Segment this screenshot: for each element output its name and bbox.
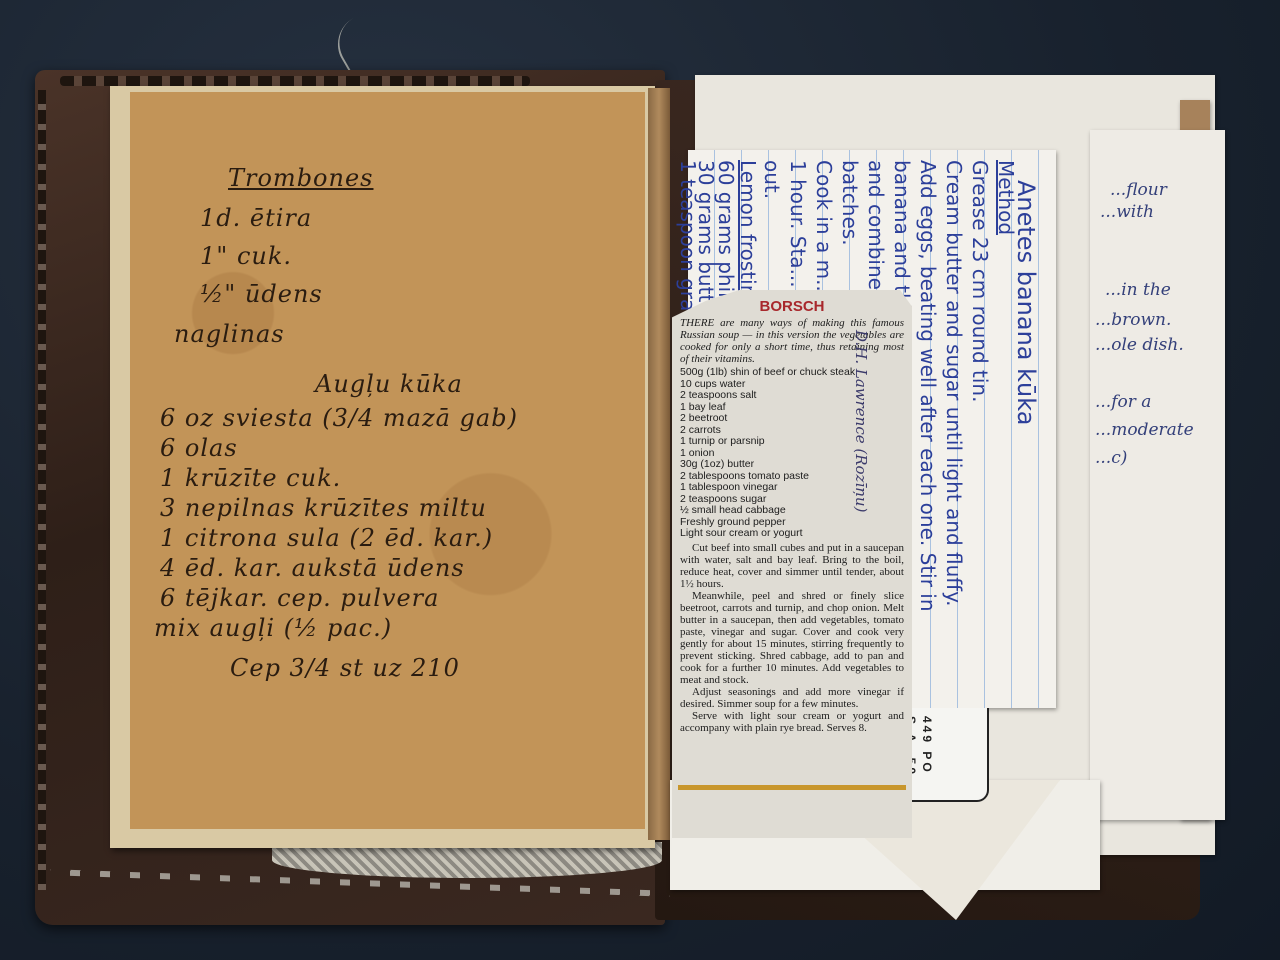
handwriting-fragment: ...with — [1100, 202, 1154, 222]
ingredient: 2 beetroot — [680, 413, 904, 425]
recipe-line: 1 citrona sula (2 ēd. kar.) — [160, 524, 493, 552]
recipe-line: 6 tējkar. cep. pulvera — [160, 584, 439, 612]
borsch-title: BORSCH — [672, 298, 912, 315]
method-line: Grease 23 cm round tin. — [968, 160, 992, 402]
recipe-line: 1 krūzīte cuk. — [160, 464, 341, 492]
leather-stitching-left — [38, 90, 46, 890]
borsch-step: Adjust seasonings and add more vinegar i… — [680, 686, 904, 710]
borsch-ingredients: 500g (1lb) shin of beef or chuck steak 1… — [680, 367, 904, 540]
leather-stitching-top — [60, 76, 530, 86]
method-line: Cook in a m... — [812, 160, 836, 298]
ingredient: 1 turnip or parsnip — [680, 436, 904, 448]
method-line: Cream butter and sugar until light and f… — [942, 160, 966, 606]
method-label: Method — [994, 160, 1018, 235]
handwritten-signature: D.H. Lawrence (Rozīņu) — [852, 330, 870, 512]
recipe-line: 3 nepilnas krūzītes miltu — [160, 494, 487, 522]
borsch-step: Cut beef into small cubes and put in a s… — [680, 542, 904, 590]
handwriting-fragment: ...flour — [1110, 180, 1167, 200]
recipe-line: 1d. ētira — [200, 204, 312, 232]
recipe-line: mix augļi (½ pac.) — [154, 614, 392, 642]
ingredient: 30g (1oz) butter — [680, 459, 904, 471]
borsch-intro: THERE are many ways of making this famou… — [680, 317, 904, 365]
left-cardboard-page: Trombones 1d. ētira 1" cuk. ½" ūdens nag… — [110, 86, 655, 848]
stamp-line: 449 PO — [920, 716, 934, 775]
recipe-title-augli-kuka: Augļu kūka — [315, 370, 463, 398]
borsch-recipe-clipping: BORSCH THERE are many ways of making thi… — [672, 290, 912, 838]
recipe-line: ½" ūdens — [200, 280, 323, 308]
recipe-line: 6 oz sviesta (3/4 mazā gab) — [160, 404, 518, 432]
borsch-step: Serve with light sour cream or yogurt an… — [680, 710, 904, 734]
method-line: 1 hour. Sta... — [786, 160, 810, 288]
back-letter-sheet: ...flour ...with ...in the ...brown. ...… — [1090, 130, 1225, 820]
method-line: batches. — [838, 160, 862, 246]
recipe-line: 1" cuk. — [200, 242, 292, 270]
recipe-line: 4 ēd. kar. aukstā ūdens — [160, 554, 465, 582]
clipping-gold-rule — [678, 785, 906, 790]
ingredient: ½ small head cabbage — [680, 505, 904, 517]
book-spine — [648, 88, 670, 840]
ingredient: 500g (1lb) shin of beef or chuck steak — [680, 367, 904, 379]
handwriting-fragment: ...moderate — [1095, 420, 1194, 440]
handwriting-fragment: ...in the — [1105, 280, 1171, 300]
method-line: Add eggs, beating well after each one. S… — [916, 160, 940, 612]
recipe-line: Cep 3/4 st uz 210 — [230, 654, 460, 682]
frosting-label: Lemon frosting — [736, 160, 760, 310]
printed-address-card: 449 PO S.A. 50 — [912, 708, 989, 802]
handwriting-fragment: ...ole dish. — [1095, 335, 1184, 355]
borsch-step: Meanwhile, peel and shred or finely slic… — [680, 590, 904, 686]
ingredient: 2 teaspoons salt — [680, 390, 904, 402]
handwriting-fragment: ...c) — [1095, 448, 1127, 468]
recipe-title-trombones: Trombones — [228, 164, 373, 192]
ingredient: 1 tablespoon vinegar — [680, 482, 904, 494]
handwriting-fragment: ...for a — [1095, 392, 1151, 412]
handwritten-recipe-sheet: Trombones 1d. ētira 1" cuk. ½" ūdens nag… — [130, 92, 645, 829]
method-line: out. — [760, 160, 784, 199]
recipe-line: naglinas — [174, 320, 285, 348]
recipe-line: 6 olas — [160, 434, 238, 462]
handwriting-fragment: ...brown. — [1095, 310, 1171, 330]
ingredient: Light sour cream or yogurt — [680, 528, 904, 540]
